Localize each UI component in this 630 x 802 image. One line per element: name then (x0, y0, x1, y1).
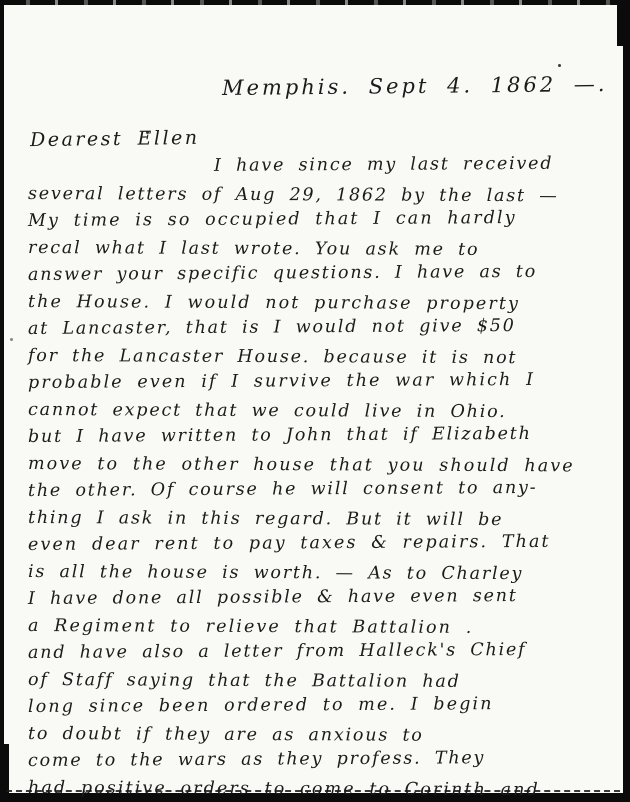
letter-line: had positive orders to come to Corinth a… (28, 775, 604, 802)
letter-line: but I have written to John that if Eliza… (28, 420, 604, 451)
letter-line: answer your specific questions. I have a… (28, 258, 604, 289)
scan-border-top (0, 0, 630, 5)
scanned-letter-page: { "colors": { "paper": "#f9f9f6", "ink":… (0, 0, 630, 802)
scan-border-left (0, 0, 4, 802)
letter-line: at Lancaster, that is I would not give $… (28, 312, 604, 343)
letter-line: I have since my last received (28, 150, 604, 181)
letter-line: long since been ordered to me. I begin (28, 690, 604, 721)
letter-salutation: Dearest Ellen (30, 127, 200, 151)
letter-line: come to the wars as they profess. They (28, 744, 604, 775)
scan-border-right (623, 0, 630, 802)
scan-border-right-cap (617, 0, 630, 46)
scan-speck (558, 64, 561, 67)
letter-line: probable even if I survive the war which… (28, 366, 604, 397)
letter-line: I have done all possible & have even sen… (28, 582, 604, 613)
letter-line: even dear rent to pay taxes & repairs. T… (28, 528, 604, 559)
letter-dateline: Memphis. Sept 4. 1862 —. (222, 72, 608, 100)
letter-line: My time is so occupied that I can hardly (28, 204, 604, 235)
letter-body: I have since my last receivedseveral let… (28, 154, 604, 802)
scan-speck (10, 338, 13, 341)
letter-line: and have also a letter from Halleck's Ch… (28, 636, 604, 667)
letter-line: the other. Of course he will consent to … (28, 474, 604, 505)
